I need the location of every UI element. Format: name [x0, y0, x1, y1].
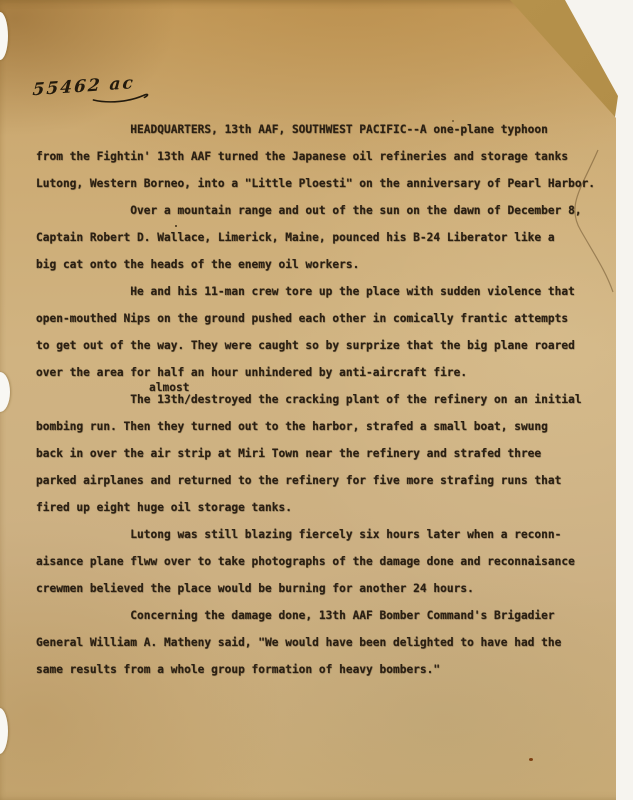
paper-speck	[452, 120, 454, 122]
typed-line: Over a mountain range and out of the sun…	[36, 197, 616, 224]
typed-line: General William A. Matheny said, "We wou…	[36, 629, 616, 656]
typed-line: big cat onto the heads of the enemy oil …	[36, 251, 616, 278]
typed-line: HEADQUARTERS, 13th AAF, SOUTHWEST PACIFI…	[36, 116, 616, 143]
typed-line: The 13th/destroyed the cracking plant of…	[36, 386, 616, 413]
typed-line: Captain Robert D. Wallace, Limerick, Mai…	[36, 224, 616, 251]
typed-line: back in over the air strip at Miri Town …	[36, 440, 616, 467]
typed-line: crewmen believed the place would be burn…	[36, 575, 616, 602]
typed-line: Lutong, Western Borneo, into a "Little P…	[36, 170, 616, 197]
typed-line: to get out of the way. They were caught …	[36, 332, 616, 359]
typed-line: fired up eight huge oil storage tanks.	[36, 494, 616, 521]
typed-line: parked airplanes and returned to the ref…	[36, 467, 616, 494]
typed-line: from the Fightin' 13th AAF turned the Ja…	[36, 143, 616, 170]
typed-line: over the area for half an hour unhindere…	[36, 359, 616, 386]
paper-speck	[529, 758, 533, 761]
typed-line: bombing run. Then they turned out to the…	[36, 413, 616, 440]
paper-speck	[175, 225, 177, 227]
typed-line: He and his 11-man crew tore up the place…	[36, 278, 616, 305]
typed-line: Lutong was still blazing fiercely six ho…	[36, 521, 616, 548]
typed-line: open-mouthed Nips on the ground pushed e…	[36, 305, 616, 332]
typed-body-text: HEADQUARTERS, 13th AAF, SOUTHWEST PACIFI…	[36, 116, 616, 683]
typed-insertion-word: almost	[149, 381, 189, 394]
typed-line: aisance plane flww over to take photogra…	[36, 548, 616, 575]
typed-line: same results from a whole group formatio…	[36, 656, 616, 683]
scan-background: 55462 ac HEADQUARTERS, 13th AAF, SOUTHWE…	[0, 0, 633, 800]
typed-line: Concerning the damage done, 13th AAF Bom…	[36, 602, 616, 629]
